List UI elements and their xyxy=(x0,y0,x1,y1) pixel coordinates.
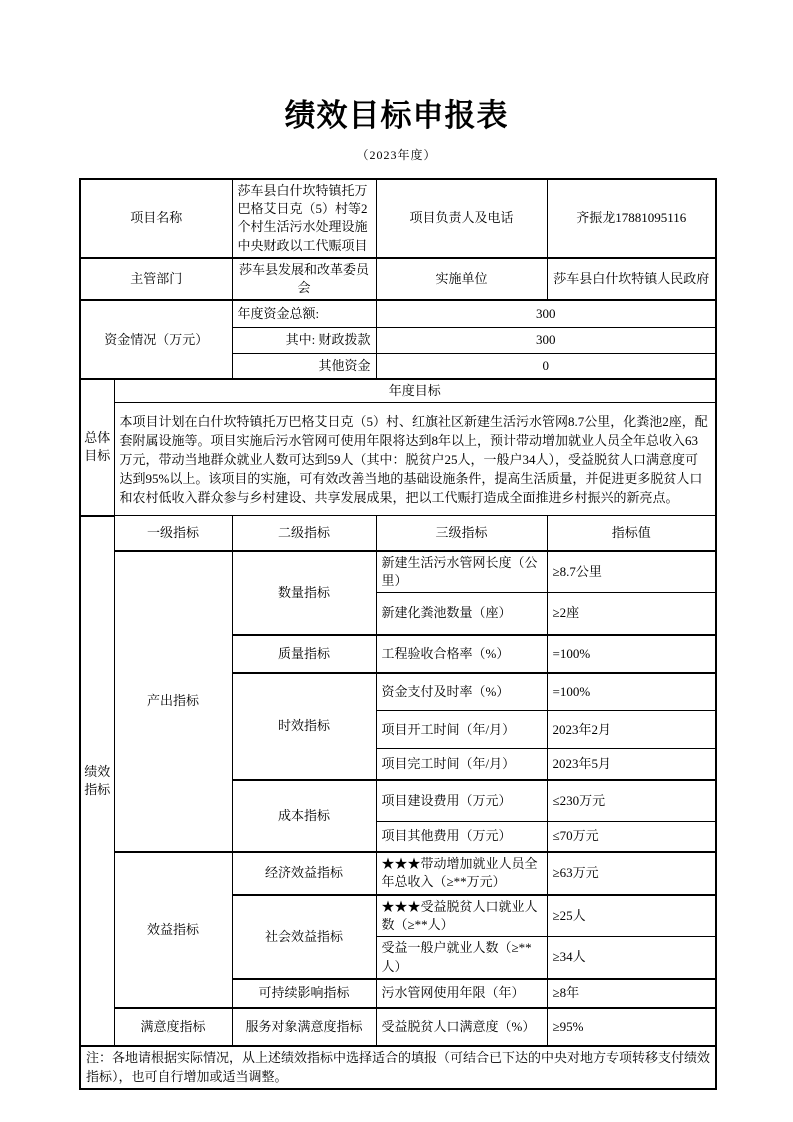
header-level1: 一级指标 xyxy=(114,516,232,551)
funding-total-label: 年度资金总额: xyxy=(232,300,376,327)
project-name-value: 莎车县白什坎特镇托万巴格艾日克（5）村等2个村生活污水处理设施中央财政以工代赈项… xyxy=(232,179,376,258)
manager-label: 项目负责人及电话 xyxy=(376,179,547,258)
impl-label: 实施单位 xyxy=(376,258,547,300)
indicator-row: 满意度指标 服务对象满意度指标 受益脱贫人口满意度（%） ≥95% xyxy=(80,1008,716,1046)
indicator-value: =100% xyxy=(547,635,716,673)
page-subtitle: （2023年度） xyxy=(0,146,793,163)
indicator-value: ≥2座 xyxy=(547,593,716,635)
page-title: 绩效目标申报表 xyxy=(0,0,793,135)
project-name-label: 项目名称 xyxy=(80,179,232,258)
row-note: 注：各地请根据实际情况，从上述绩效指标中选择适合的填报（可结合已下达的中央对地方… xyxy=(80,1046,716,1090)
header-level3: 三级指标 xyxy=(376,516,547,551)
indicator-l3: 新建化粪池数量（座） xyxy=(376,593,547,635)
funding-label: 资金情况（万元） xyxy=(80,300,232,379)
indicator-l3: 污水管网使用年限（年） xyxy=(376,979,547,1008)
indicator-value: ≤70万元 xyxy=(547,822,716,852)
annual-goal-header: 年度目标 xyxy=(114,379,716,403)
indicator-value: 2023年5月 xyxy=(547,749,716,780)
dept-value: 莎车县发展和改革委员会 xyxy=(232,258,376,300)
level2-social: 社会效益指标 xyxy=(232,895,376,979)
row-annual-goal-text: 本项目计划在白什坎特镇托万巴格艾日克（5）村、红旗社区新建生活污水管网8.7公里… xyxy=(80,403,716,516)
dept-label: 主管部门 xyxy=(80,258,232,300)
row-annual-goal-header: 总体目标 年度目标 xyxy=(80,379,716,403)
funding-fiscal-label: 其中: 财政拨款 xyxy=(232,327,376,353)
overall-goal-label: 总体目标 xyxy=(80,379,114,516)
indicator-value: =100% xyxy=(547,673,716,711)
indicator-l3: 项目其他费用（万元） xyxy=(376,822,547,852)
indicator-l3: 项目完工时间（年/月） xyxy=(376,749,547,780)
manager-value: 齐振龙17881095116 xyxy=(547,179,716,258)
level2-timeliness: 时效指标 xyxy=(232,673,376,780)
indicator-row: 产出指标 数量指标 新建生活污水管网长度（公里） ≥8.7公里 xyxy=(80,551,716,593)
funding-total-value: 300 xyxy=(376,300,716,327)
indicator-l3: 资金支付及时率（%） xyxy=(376,673,547,711)
indicator-value: ≤230万元 xyxy=(547,780,716,822)
level2-quantity: 数量指标 xyxy=(232,551,376,635)
indicator-l3: 项目开工时间（年/月） xyxy=(376,711,547,749)
indicator-value: 2023年2月 xyxy=(547,711,716,749)
funding-other-value: 0 xyxy=(376,353,716,379)
level2-sustainability: 可持续影响指标 xyxy=(232,979,376,1008)
indicator-l3: 项目建设费用（万元） xyxy=(376,780,547,822)
level2-service-satisfaction: 服务对象满意度指标 xyxy=(232,1008,376,1046)
indicator-l3: 受益脱贫人口满意度（%） xyxy=(376,1008,547,1046)
indicator-value: ≥8.7公里 xyxy=(547,551,716,593)
annual-goal-text: 本项目计划在白什坎特镇托万巴格艾日克（5）村、红旗社区新建生活污水管网8.7公里… xyxy=(114,403,716,516)
indicator-row: 效益指标 经济效益指标 ★★★带动增加就业人员全年总收入（≥**万元） ≥63万… xyxy=(80,852,716,895)
level2-quality: 质量指标 xyxy=(232,635,376,673)
document-page: 绩效目标申报表 （2023年度） 项目名称 莎车县白什坎特镇托万巴格艾日克（5）… xyxy=(0,0,793,1122)
indicator-l3: ★★★受益脱贫人口就业人数（≥**人） xyxy=(376,895,547,937)
row-department: 主管部门 莎车县发展和改革委员会 实施单位 莎车县白什坎特镇人民政府 xyxy=(80,258,716,300)
row-funding-total: 资金情况（万元） 年度资金总额: 300 xyxy=(80,300,716,327)
funding-fiscal-value: 300 xyxy=(376,327,716,353)
performance-target-table: 项目名称 莎车县白什坎特镇托万巴格艾日克（5）村等2个村生活污水处理设施中央财政… xyxy=(79,178,717,1090)
level2-economic: 经济效益指标 xyxy=(232,852,376,895)
row-indicator-headers: 绩效指标 一级指标 二级指标 三级指标 指标值 xyxy=(80,516,716,551)
header-value: 指标值 xyxy=(547,516,716,551)
indicator-value: ≥25人 xyxy=(547,895,716,937)
header-level2: 二级指标 xyxy=(232,516,376,551)
impl-value: 莎车县白什坎特镇人民政府 xyxy=(547,258,716,300)
performance-indicators-label: 绩效指标 xyxy=(80,516,114,1046)
indicator-l3: 受益一般户就业人数（≥**人） xyxy=(376,937,547,979)
indicator-l3: 工程验收合格率（%） xyxy=(376,635,547,673)
level1-output: 产出指标 xyxy=(114,551,232,852)
indicator-value: ≥63万元 xyxy=(547,852,716,895)
funding-other-label: 其他资金 xyxy=(232,353,376,379)
row-project-name: 项目名称 莎车县白什坎特镇托万巴格艾日克（5）村等2个村生活污水处理设施中央财政… xyxy=(80,179,716,258)
indicator-value: ≥34人 xyxy=(547,937,716,979)
indicator-value: ≥95% xyxy=(547,1008,716,1046)
indicator-l3: ★★★带动增加就业人员全年总收入（≥**万元） xyxy=(376,852,547,895)
level1-satisfaction: 满意度指标 xyxy=(114,1008,232,1046)
note-text: 注：各地请根据实际情况，从上述绩效指标中选择适合的填报（可结合已下达的中央对地方… xyxy=(80,1046,716,1090)
level2-cost: 成本指标 xyxy=(232,780,376,852)
indicator-l3: 新建生活污水管网长度（公里） xyxy=(376,551,547,593)
level1-benefit: 效益指标 xyxy=(114,852,232,1008)
indicator-value: ≥8年 xyxy=(547,979,716,1008)
